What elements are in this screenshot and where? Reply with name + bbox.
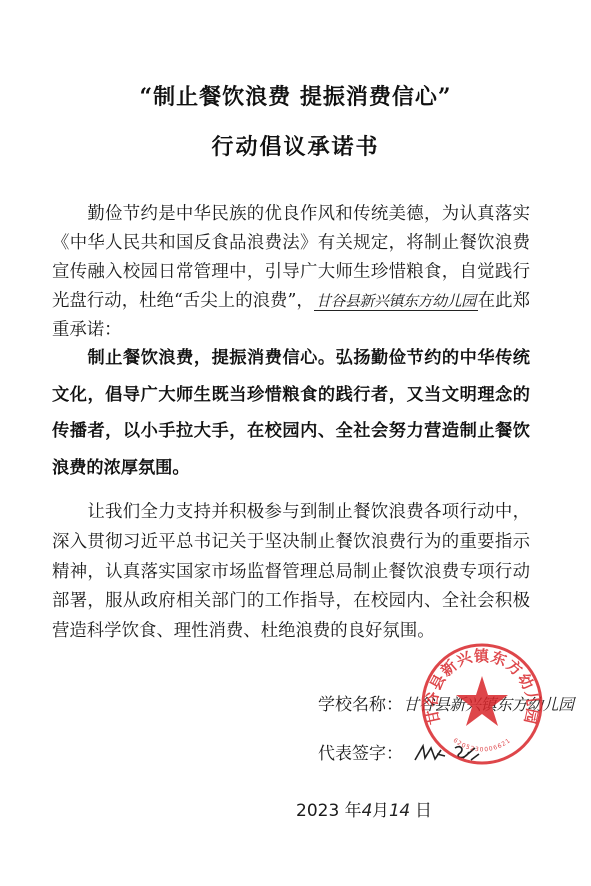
school-name-value: 甘谷县新兴镇东方幼儿园	[403, 695, 574, 714]
date-year: 2023	[296, 801, 339, 821]
pledge-text: 制止餐饮浪费，提振消费信心。弘扬勤俭节约的中华传统文化，倡导广大师生既当珍惜粮食…	[52, 348, 530, 478]
representative-label: 代表签字：	[318, 744, 403, 764]
paragraph-pledge: 制止餐饮浪费，提振消费信心。弘扬勤俭节约的中华传统文化，倡导广大师生既当珍惜粮食…	[52, 340, 530, 486]
school-name-row: 学校名称：甘谷县新兴镇东方幼儿园	[318, 690, 574, 715]
handwritten-school-name: 甘谷县新兴镇东方幼儿园	[314, 292, 478, 311]
representative-signature-row: 代表签字：	[318, 739, 483, 764]
representative-signature	[403, 743, 483, 764]
document-title: “制止餐饮浪费 提振消费信心”	[0, 80, 591, 111]
date-day-unit: 日	[410, 801, 432, 821]
paragraph-intro: 勤俭节约是中华民族的优良作风和传统美德，为认真落实《中华人民共和国反食品浪费法》…	[52, 200, 530, 345]
action-text: 让我们全力支持并积极参与到制止餐饮浪费各项行动中，深入贯彻习近平总书记关于坚决制…	[52, 502, 530, 641]
date-day: 14	[389, 801, 410, 821]
date-month: 4	[362, 801, 372, 821]
document-subtitle: 行动倡议承诺书	[0, 130, 591, 161]
document-date: 2023 年4月14 日	[296, 796, 432, 821]
date-month-unit: 月	[372, 801, 389, 821]
paragraph-call-to-action: 让我们全力支持并积极参与到制止餐饮浪费各项行动中，深入贯彻习近平总书记关于坚决制…	[52, 498, 530, 647]
school-name-label: 学校名称：	[318, 695, 403, 715]
date-year-unit: 年	[339, 801, 361, 821]
